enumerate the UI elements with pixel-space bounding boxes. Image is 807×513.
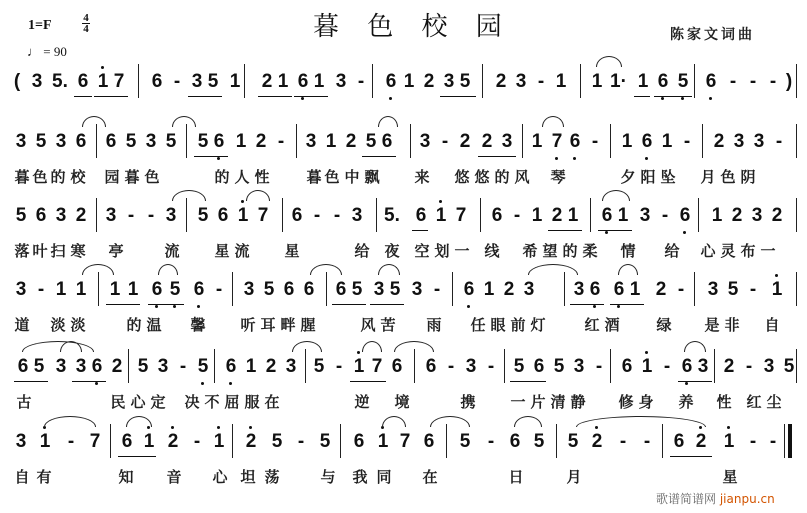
lyric-char: 灯 <box>530 314 546 335</box>
lyric-char: 来 <box>414 166 430 187</box>
lyric-char: 的 <box>562 240 578 261</box>
note-digit: 5 <box>264 279 275 300</box>
note: 3 <box>164 204 178 228</box>
note: 2 <box>254 130 268 154</box>
lyric-char: 尘 <box>766 391 782 412</box>
note: 7 <box>112 70 126 94</box>
note: 3 <box>54 355 68 379</box>
note: 5 <box>34 130 48 154</box>
note: 3 <box>410 278 424 302</box>
lyric-char: 灵 <box>720 240 736 261</box>
note-digit: 3 <box>698 356 709 377</box>
note-digit: 7 <box>90 431 101 452</box>
note-digit: 7 <box>552 131 563 152</box>
eighth-underline <box>188 96 222 97</box>
note-digit: 1 <box>404 71 415 92</box>
lyric-char: 一 <box>510 391 526 412</box>
note-digit: 3 <box>412 279 423 300</box>
high-octave-dot <box>217 426 220 429</box>
dash-note: - <box>658 204 672 228</box>
lyric-char: 流 <box>164 240 180 261</box>
note: 6 <box>620 355 634 379</box>
bar-line <box>110 424 111 458</box>
bar-line <box>96 124 97 158</box>
lyric-char: 绿 <box>656 314 672 335</box>
bar-line <box>186 124 187 158</box>
note: 2 <box>550 204 564 228</box>
high-octave-dot <box>249 426 252 429</box>
lyric-char: 养 <box>678 391 694 412</box>
note-digit: 2 <box>496 71 507 92</box>
note: 6 <box>224 355 238 379</box>
note-digit: - <box>336 356 342 377</box>
note-digit: 1 <box>238 205 249 226</box>
lyric-char: 色 <box>720 166 736 187</box>
note: 1 <box>620 130 634 154</box>
note-digit: 6 <box>152 71 163 92</box>
dash-note: - <box>438 130 452 154</box>
note-digit: - <box>770 431 776 452</box>
note: 2 <box>260 70 274 94</box>
bar-line <box>504 349 505 383</box>
note-digit: 3 <box>754 131 765 152</box>
note: 6 <box>104 130 118 154</box>
note-digit: - <box>538 71 544 92</box>
lyric-char: 听 <box>240 314 256 335</box>
note-digit: 3 <box>752 205 763 226</box>
note-digit: 6 <box>78 71 89 92</box>
note: 5 <box>196 130 210 154</box>
dash-note: - <box>640 430 654 454</box>
note: 6 <box>34 204 48 228</box>
lyric-char: 淡 <box>70 314 86 335</box>
note: 5 <box>552 355 566 379</box>
note: 6 <box>290 204 304 228</box>
note-digit: 3 <box>56 131 67 152</box>
eighth-underline <box>610 304 644 305</box>
eighth-underline <box>332 304 366 305</box>
notes-row: 56323--356176--35.6176-121613-61232 <box>0 204 807 244</box>
lyric-char: 畔 <box>280 314 296 335</box>
note-digit: 5 <box>272 431 283 452</box>
lyrics-row: 自有知音心坦荡与我同在日月星 <box>0 466 807 488</box>
note-digit: 1 <box>378 431 389 452</box>
low-octave-dot <box>661 97 664 100</box>
note-digit: 6 <box>392 356 403 377</box>
note-digit: 1· <box>610 71 627 92</box>
bar-line <box>376 198 377 232</box>
composer-credit: 陈家文词曲 <box>670 24 755 44</box>
note: 6 <box>302 278 316 302</box>
bar-line <box>796 349 797 383</box>
note-digit: 6 <box>622 356 633 377</box>
note-digit: 3 <box>146 131 157 152</box>
low-octave-dot <box>155 305 158 308</box>
tie-slur <box>596 56 622 67</box>
note-digit: 1 <box>622 131 633 152</box>
note-digit: 5 <box>554 356 565 377</box>
note: 3 <box>750 204 764 228</box>
note-digit: 6 <box>106 131 117 152</box>
note: 6 <box>678 204 692 228</box>
note: 2 <box>74 204 88 228</box>
note-digit: 1 <box>110 279 121 300</box>
bar-line <box>610 349 611 383</box>
note-digit: - <box>514 205 520 226</box>
lyric-char: 同 <box>376 466 392 487</box>
note: 1 <box>74 278 88 302</box>
dash-note: - <box>534 70 548 94</box>
note: 2 <box>494 70 508 94</box>
note-digit: - <box>664 356 670 377</box>
note: 1 <box>376 430 390 454</box>
eighth-underline <box>94 96 128 97</box>
note-digit: 2 <box>724 356 735 377</box>
bar-line <box>698 198 699 232</box>
note: 1 <box>54 278 68 302</box>
lyrics-row: 道淡淡的温馨听耳畔腥风苦雨任眼前灯红酒绿是非自 <box>0 314 807 336</box>
note-digit: - <box>358 71 364 92</box>
note: 5 <box>726 278 740 302</box>
bar-line <box>138 64 139 98</box>
note: 3 <box>514 70 528 94</box>
dash-note: - <box>190 430 204 454</box>
lyric-char: 叶 <box>32 240 48 261</box>
dash-note: - <box>332 355 346 379</box>
lyric-char: 坠 <box>660 166 676 187</box>
eighth-underline <box>14 381 48 382</box>
note-digit: 6 <box>304 279 315 300</box>
note: 6 <box>380 130 394 154</box>
note: 1 <box>636 70 650 94</box>
note-digit: 6 <box>534 356 545 377</box>
note: 2 <box>712 130 726 154</box>
lyric-char: 耳 <box>260 314 276 335</box>
note-digit: 6 <box>464 279 475 300</box>
note: 6 <box>150 278 164 302</box>
note: 5 <box>364 130 378 154</box>
note-digit: - <box>620 431 626 452</box>
note: 5 <box>312 355 326 379</box>
note-digit: 3 <box>574 356 585 377</box>
note-digit: 3 <box>166 205 177 226</box>
note: 1 <box>616 204 630 228</box>
note: 3 <box>74 355 88 379</box>
note-digit: 7 <box>400 431 411 452</box>
note: 2 <box>344 130 358 154</box>
note-digit: - <box>488 431 494 452</box>
note-digit: 3 <box>734 131 745 152</box>
lyric-char: 飘 <box>364 166 380 187</box>
eighth-underline <box>74 96 92 97</box>
note: 7 <box>398 430 412 454</box>
note-digit: - <box>678 279 684 300</box>
note-digit: 1 <box>772 279 783 300</box>
note-digit: 6 <box>590 279 601 300</box>
note-digit: 5 <box>16 205 27 226</box>
dash-note: - <box>746 70 760 94</box>
lyric-char: 中 <box>344 166 360 187</box>
note-digit: 5 <box>352 279 363 300</box>
dash-note: - <box>64 430 78 454</box>
lyric-char: 寒 <box>70 240 86 261</box>
note: 6 <box>640 130 654 154</box>
watermark-url: jianpu.cn <box>720 492 775 506</box>
dash-note: - <box>660 355 674 379</box>
note-digit: 3 <box>764 356 775 377</box>
note: 6 <box>656 70 670 94</box>
lyric-char: 月 <box>700 166 716 187</box>
bar-line <box>372 64 373 98</box>
note: 1 <box>312 70 326 94</box>
eighth-underline <box>118 456 156 457</box>
note-digit: 6 <box>382 131 393 152</box>
note-digit: 5 <box>678 71 689 92</box>
lyrics-row <box>0 106 807 128</box>
bar-line <box>662 424 663 458</box>
note-digit: 1 <box>230 71 241 92</box>
note: 5 <box>124 130 138 154</box>
staff-line: 65336253-561235-1766-3-5653-61-632-35古民心… <box>0 355 807 425</box>
dash-note: - <box>510 204 524 228</box>
note-digit: 6 <box>18 356 29 377</box>
note-digit: 3 <box>640 205 651 226</box>
note: 2 <box>730 204 744 228</box>
note-digit: 6 <box>284 279 295 300</box>
note-digit: 2 <box>112 356 123 377</box>
lyric-char: 空 <box>414 240 430 261</box>
bar-line <box>580 64 581 98</box>
note: 1 <box>236 204 250 228</box>
note: 6 <box>74 130 88 154</box>
note-digit: 6 <box>570 131 581 152</box>
dash-note: - <box>726 70 740 94</box>
note-digit: 3 <box>106 205 117 226</box>
lyric-char: 决 <box>184 391 200 412</box>
dash-note: - <box>588 130 602 154</box>
note-digit: 5 <box>34 356 45 377</box>
note: 2 <box>422 70 436 94</box>
note: 6 <box>422 430 436 454</box>
low-octave-dot <box>593 305 596 308</box>
eighth-underline <box>570 304 604 305</box>
note: 5 <box>676 70 690 94</box>
eighth-underline <box>258 96 292 97</box>
lyric-char: 一 <box>454 240 470 261</box>
lyric-char: 不 <box>204 391 220 412</box>
note-digit: 2 <box>246 431 257 452</box>
eighth-underline <box>654 96 692 97</box>
note-digit: 7 <box>258 205 269 226</box>
lyric-char: 心 <box>700 240 716 261</box>
eighth-underline <box>678 381 712 382</box>
note: 1 <box>482 278 496 302</box>
lyric-char: 星 <box>722 466 738 487</box>
note: 2 <box>770 204 784 228</box>
note: 6 <box>704 70 718 94</box>
bar-line <box>186 198 187 232</box>
note: 1 <box>108 278 122 302</box>
dash-note: - <box>176 355 190 379</box>
dash-note: - <box>274 130 288 154</box>
note-digit: 3 <box>444 71 455 92</box>
note: 3 <box>190 70 204 94</box>
note: 3 <box>350 204 364 228</box>
lyric-char: 给 <box>664 240 680 261</box>
note-digit: 6 <box>642 131 653 152</box>
note: 5 <box>782 355 796 379</box>
lyric-char: 与 <box>320 466 336 487</box>
note: 1 <box>554 70 568 94</box>
note-digit: 1 <box>56 279 67 300</box>
note-digit: 3 <box>16 431 27 452</box>
lyric-char: 非 <box>724 314 740 335</box>
note-digit: 1 <box>326 131 337 152</box>
note: 3 <box>442 70 456 94</box>
lyric-char: 色 <box>32 166 48 187</box>
note: 5 <box>136 355 150 379</box>
lyric-char: 月 <box>566 466 582 487</box>
lyric-char: 的 <box>494 166 510 187</box>
note-digit: 5 <box>314 356 325 377</box>
note: 3 <box>762 355 776 379</box>
dash-note: - <box>742 355 756 379</box>
lyric-char: 雨 <box>426 314 442 335</box>
lyric-char: 我 <box>352 466 368 487</box>
dash-note: - <box>674 278 688 302</box>
eighth-underline <box>350 381 386 382</box>
dash-note: - <box>746 430 760 454</box>
note-digit: 1 <box>630 279 641 300</box>
lyric-char: 性 <box>716 391 732 412</box>
note-digit: 3 <box>32 71 43 92</box>
note-digit: 1 <box>98 71 109 92</box>
note: 1 <box>770 278 784 302</box>
lyric-char: 划 <box>434 240 450 261</box>
high-octave-dot <box>101 66 104 69</box>
note: 5 <box>196 355 210 379</box>
lyric-char: 服 <box>244 391 260 412</box>
note: 3 <box>732 130 746 154</box>
bar-line <box>522 124 523 158</box>
note-digit: 6 <box>298 71 309 92</box>
low-octave-dot <box>301 97 304 100</box>
lyric-char: 的 <box>214 166 230 187</box>
note: 1 <box>434 204 448 228</box>
note: 3 <box>242 278 256 302</box>
note: 1 <box>234 130 248 154</box>
eighth-underline <box>478 156 516 157</box>
note: 6 <box>424 355 438 379</box>
note: 7 <box>88 430 102 454</box>
time-signature-top: 4 <box>82 13 90 23</box>
lyric-char: 逆 <box>354 391 370 412</box>
bar-line <box>452 272 453 306</box>
note: 1 <box>402 70 416 94</box>
lyric-char: 音 <box>166 466 182 487</box>
lyric-char: 校 <box>70 166 86 187</box>
note: 6 <box>672 430 686 454</box>
note-digit: 6 <box>602 205 613 226</box>
bracket: ) <box>782 70 796 94</box>
note: 6 <box>216 204 230 228</box>
low-octave-dot <box>229 382 232 385</box>
lyric-char: 的 <box>126 314 142 335</box>
note: 7 <box>454 204 468 228</box>
note: 2 <box>590 430 604 454</box>
lyric-char: 夜 <box>384 240 400 261</box>
note: 3 <box>284 355 298 379</box>
high-octave-dot <box>727 426 730 429</box>
note-digit: 6 <box>92 356 103 377</box>
note: 2 <box>502 278 516 302</box>
note: 6 <box>76 70 90 94</box>
note: 2 <box>166 430 180 454</box>
lyric-char: 在 <box>422 466 438 487</box>
lyric-char: 风 <box>514 166 530 187</box>
note: 2 <box>264 355 278 379</box>
bar-line <box>714 349 715 383</box>
lyric-char: 扫 <box>50 240 66 261</box>
lyric-char: 自 <box>14 466 30 487</box>
note: 5 <box>458 70 472 94</box>
note-digit: 2 <box>696 431 707 452</box>
note: 1 <box>590 70 604 94</box>
lyric-char: 酒 <box>604 314 620 335</box>
note: 1 <box>212 430 226 454</box>
lyric-char: 苦 <box>380 314 396 335</box>
note-digit: 5 <box>170 279 181 300</box>
lyric-char: 流 <box>234 240 250 261</box>
lyric-char: 身 <box>638 391 654 412</box>
lyric-char: 柔 <box>582 240 598 261</box>
note: 5 <box>512 355 526 379</box>
note: 5 <box>32 355 46 379</box>
note: 1 <box>530 130 544 154</box>
note: 5 <box>164 130 178 154</box>
note-digit: 3 <box>16 131 27 152</box>
lyric-char: 人 <box>234 166 250 187</box>
lyric-char: 荡 <box>264 466 280 487</box>
note: 3 <box>54 204 68 228</box>
lyric-char: 暮 <box>306 166 322 187</box>
note-digit: 3 <box>192 71 203 92</box>
note: 1 <box>96 70 110 94</box>
note-digit: 3 <box>420 131 431 152</box>
note: 3 <box>144 130 158 154</box>
note: 5 <box>350 278 364 302</box>
lyric-char: 望 <box>542 240 558 261</box>
note: 3 <box>696 355 710 379</box>
low-octave-dot <box>173 305 176 308</box>
lyric-char: 悠 <box>474 166 490 187</box>
note: 6 <box>212 130 226 154</box>
note-digit: 3 <box>286 356 297 377</box>
staff-line: 3-1111656-356665353-612336612-35-1道淡淡的温馨… <box>0 278 807 348</box>
note-digit: 1 <box>712 205 723 226</box>
dash-note: - <box>444 355 458 379</box>
note: 1 <box>640 355 654 379</box>
note-digit: 1 <box>724 431 735 452</box>
lyric-char: 琴 <box>550 166 566 187</box>
dash-note: - <box>330 204 344 228</box>
note-digit: 2 <box>460 131 471 152</box>
lyric-char: 日 <box>508 466 524 487</box>
bar-line <box>232 272 233 306</box>
note: 6 <box>120 430 134 454</box>
dash-note: - <box>484 430 498 454</box>
eighth-underline <box>106 304 140 305</box>
